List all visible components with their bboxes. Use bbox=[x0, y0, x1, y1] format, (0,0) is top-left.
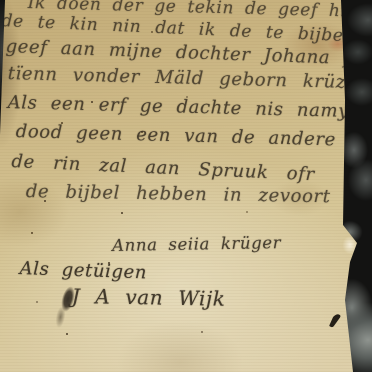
signature-anna-kruger: Anna seiia krüger bbox=[112, 233, 281, 255]
handwriting-line-7: de rin zal aan Spruuk ofr bbox=[11, 151, 315, 185]
paper-sheet: Ik doen der ge tekin de geef hier aan de… bbox=[0, 0, 372, 372]
photo-canvas: Ik doen der ge tekin de geef hier aan de… bbox=[0, 0, 372, 372]
handwriting-line-6: dood geen een van de andere kin bbox=[15, 121, 372, 152]
handwriting-line-5: Als een erf ge dachte nis namyn bbox=[7, 92, 361, 122]
comma-ink-mark bbox=[328, 312, 342, 328]
handwriting-line-8: de bijbel hebben in zevoort bbox=[26, 181, 331, 207]
ink-smudge bbox=[54, 305, 67, 328]
witness-label: Als getüigen bbox=[19, 258, 147, 283]
witness-signature-van-wijk: J A van Wijk bbox=[72, 284, 226, 311]
